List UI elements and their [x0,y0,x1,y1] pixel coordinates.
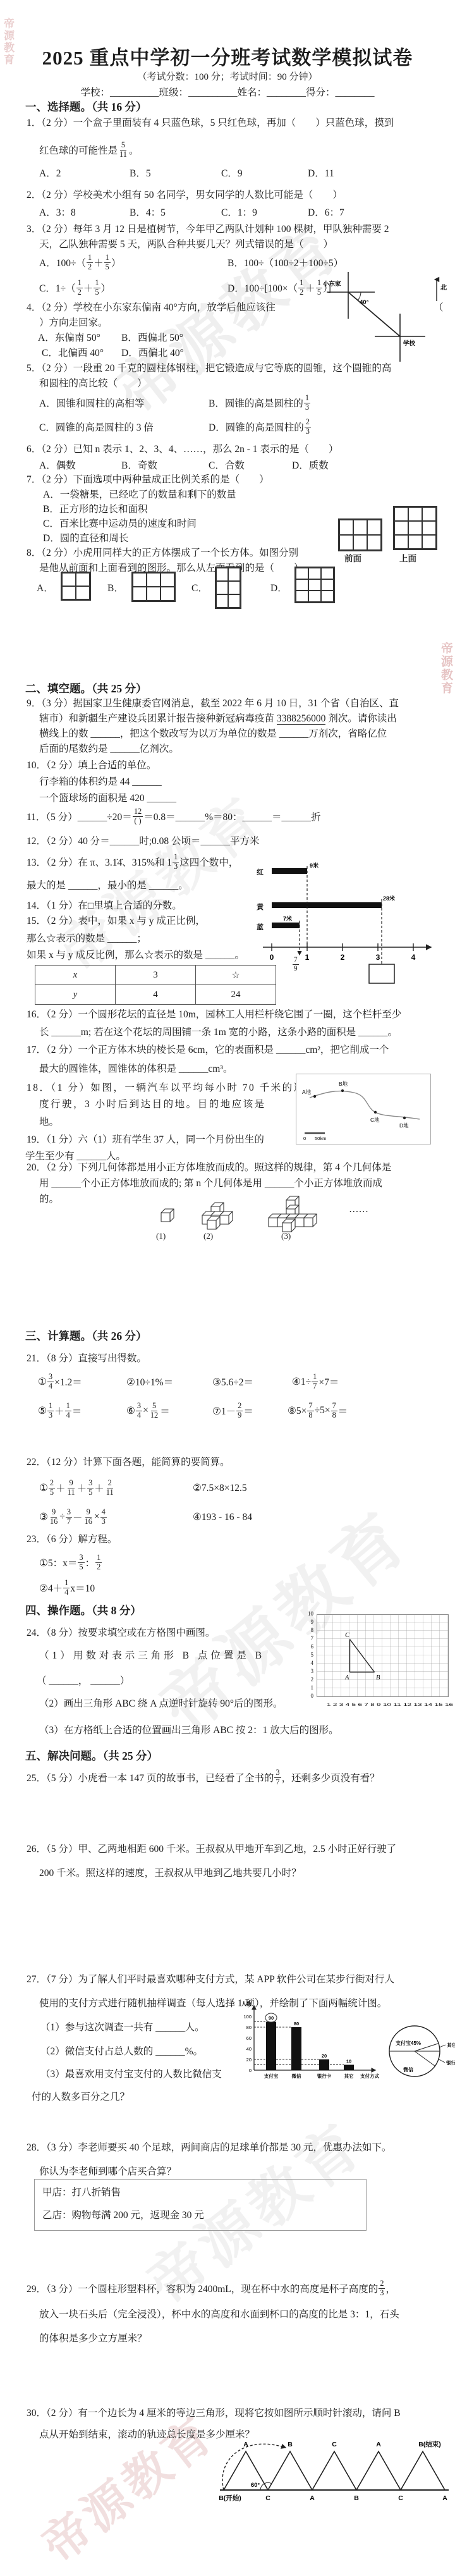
q22-item-2: ②7.5×8×12.5 [193,1476,247,1500]
svg-text:20: 20 [246,2057,252,2063]
q24-stem: 24．（8 分）按要求填空或在方格图中画图。 [27,1626,215,1640]
svg-text:80: 80 [246,2025,252,2030]
q1-stem-2: 红色球的可能性是511。 [39,138,138,162]
q9-stem-2-post: 剂次。请你读出 [325,713,396,724]
q8-top-view-grid [393,506,437,550]
q14-tick-1: 1 [305,953,310,962]
q27-bar-categories: 支付宝 微信 银行卡 其它 [264,2073,354,2079]
q21-item-6: ⑥34×512＝ [126,1399,170,1423]
q14-blue-bar [272,923,300,928]
q3-option-a: A．100÷（12＋15） [39,250,121,274]
q14-red-label: 红 [257,868,264,876]
q27-sub-2: （2）微信支付占总人数的 ______%。 [40,2045,203,2058]
q6-option-b: B．奇数 [121,459,157,472]
q22-item-3: ③916÷37－916×43 [39,1505,107,1529]
q8-option-a-letter: A． [37,582,54,595]
q4-stem-2: ）方向走回家。 [39,316,108,329]
q24-point-a: A [344,1674,349,1681]
q25-stem: 25．（5 分）小虎看一本 147 页的故事书，已经看了全书的37，还剩多少页没… [27,1765,380,1789]
svg-text:A: A [376,2441,381,2448]
q8-option-b-letter: B． [107,582,124,595]
table-row: y 4 24 [35,985,276,1005]
q15-cell-y: y [35,985,116,1005]
q1-stem-1: 1．（2 分）一个盒子里面装有 4 只蓝色球，5 只红色球，再加（ ）只蓝色球，… [27,116,394,130]
table-row: x 3 ☆ [35,966,276,985]
q14-yellow-len: 28米 [383,895,395,902]
q4-option-b: B．西偏北 50° [121,331,183,345]
q27-pie-chart: 支付宝45% 微信 其它 银行卡 [383,2018,455,2085]
q29-stem-1: 29．（3 分）一个圆柱形塑料杯，容积为 2400mL，现在杯中水的高度是杯子高… [27,2276,396,2300]
q24-sub-1-blanks: （ ______， ______） [37,1674,130,1688]
q30-stem-1: 30．（2 分）有一个边长为 4 厘米的等边三角形，现将它按如图所示顺时针滚动，… [27,2407,401,2420]
q28-offer-box: 甲店：打八折销售 乙店：购物每满 200 元，返现金 30 元 [34,2179,367,2231]
q17-stem-2: 最大的圆锥体，圆锥体的体积是 ______cm³。 [39,1062,233,1076]
q9-stem-2: 辖市）和新疆生产建设兵团累计报告接种新冠病毒疫苗 3388256000 剂次。请… [39,712,397,725]
q6-option-a: A．偶数 [39,459,76,472]
q29-stem-2: 放入一块石头后（完全浸没），杯中水的高度和水面到杯口的高度的比是 3：1，石头 [39,2308,399,2321]
q7-option-b: B．正方形的边长和面积 [43,503,147,516]
q23-item-2: ②4＋14x＝10 [39,1576,95,1600]
q14-bars-figure: 红 9米 黄 28米 蓝 7米 0 1 2 3 4 [253,860,442,990]
q2-option-d: D．6：7 [308,206,344,219]
q14-stem: 14．（1 分）在□里填上合适的分数。 [27,899,182,912]
q6-option-c: C．合数 [209,459,245,472]
section-calc: 三、计算题。（共 26 分） [25,1328,147,1344]
q21-item-8: ⑧5×78÷5×78＝ [288,1399,348,1423]
q24-grid-yaxis: 10 9 8 7 6 5 4 3 2 1 0 [302,1610,313,1700]
svg-text:C: C [332,2441,337,2448]
q7-option-c: C．百米比赛中运动员的速度和时间 [43,517,197,531]
q5-stem-1: 5．（2 分）一段重 20 千克的圆柱体钢柱，把它锻造成与它等底的圆锥，这个圆锥… [27,362,391,375]
q10-blank-1: 行李箱的体积约是 44 ______ [39,775,162,788]
svg-text:90: 90 [269,2015,274,2021]
svg-text:40: 40 [246,2046,252,2052]
q9-stem-3: 横线上的数 ______，把这个数改写为以万为单位的数是 ______万剂次，省… [39,727,387,740]
q26-stem-2: 200 千米。照这样的速度，王叔叔从甲地到乙地共要几小时？ [39,1867,301,1880]
q27-bar-zhifubao [266,2022,276,2071]
q7-option-d: D．圆的直径和周长 [43,532,128,545]
svg-text:A: A [442,2494,447,2502]
q11-stem: 11．（5 分）______÷20＝12( )＝0.8＝______%＝80：_… [27,804,321,828]
section-solve: 五、解决问题。（共 25 分） [25,1748,158,1763]
q27-stem-1: 27．（7 分）为了解人们平时最喜欢哪种支付方式，某 APP 软件公司在某步行街… [27,1973,394,1986]
watermark: 帝源教育 [26,2398,226,2576]
q15-cell-x: x [35,966,116,985]
q27-bar-weixin [291,2027,301,2070]
q4-path-line [348,292,400,336]
q1-option-d: D．11 [308,167,334,180]
section-fill: 二、填空题。（共 25 分） [25,680,147,696]
q14-tick-0: 0 [270,953,274,962]
q14-blue-len: 7米 [283,915,292,922]
q18-stem-2: 度行驶，3 小时后到达目的地。目的地应该是 [39,1098,266,1111]
watermark: 帝源教育 [437,642,454,695]
svg-text:B(结束): B(结束) [418,2440,441,2448]
q20-stem-1: 20．（2 分）下列几何体都是用小正方体堆放而成的。照这样的规律，第 4 个几何… [27,1161,391,1174]
svg-text:A: A [243,2441,248,2448]
q8-option-b-grid [131,572,176,602]
q4-school-label: 学校 [403,340,416,347]
q8-top-label: 上面 [399,551,416,564]
q20-stem-3: 的。 [39,1193,59,1206]
svg-text:10: 10 [346,2059,351,2064]
q27-pie-weixin-label: 微信 [403,2066,413,2073]
svg-text:C: C [398,2494,403,2502]
q20-fig-label-3: (3) [281,1229,291,1242]
q20-ellipsis: …… [349,1203,368,1216]
q24-grid-xaxis: 1 2 3 4 5 6 7 8 9 10 11 12 13 14 15 16 [327,1703,453,1707]
q18-d-label: D地 [399,1122,409,1129]
q30-bottom-labels: B(开始) C A B C A [219,2494,447,2502]
svg-text:100: 100 [243,2014,252,2020]
q21-item-4: ④1÷17×7＝ [292,1370,339,1394]
q28-shop-b-offer: 乙店：购物每满 200 元，返现金 30 元 [42,2209,204,2222]
q27-bar-values: 90 80 20 10 [269,2015,351,2064]
q21-item-2: ②10÷1%＝ [126,1370,173,1394]
q27-pie-qita-label: 其它 [447,2042,455,2048]
q14-red-len: 9米 [310,862,318,869]
svg-text:银行卡: 银行卡 [317,2073,332,2079]
page-title: 2025 重点中学初一分班考试数学模拟试卷 [0,42,455,70]
q3-option-d: D．100÷[100×（12＋15）] [227,276,331,300]
q28-stem-2: 你认为李老师到哪个店买合算？ [39,2165,176,2178]
q27-sub-3-cont: 付的人数多百分之几？ [32,2090,130,2104]
q5-option-b: B．圆锥的高是圆柱的13 [209,391,311,415]
q27-bar-yinhangka [319,2059,329,2070]
q21-stem: 21．（8 分）直接写出得数。 [27,1352,147,1365]
q8-option-d-letter: D． [270,582,288,595]
q14-tick-3: 3 [376,953,380,962]
svg-text:C: C [265,2494,270,2502]
exam-meta: （考试分数：100 分；考试时间：90 分钟） [0,70,455,83]
q15-cell-y1: 4 [116,985,196,1005]
q15-cell-x2: ☆ [196,966,276,985]
q27-sub-3: （3）最喜欢用支付宝支付的人数比微信支 [40,2068,222,2081]
q9-stem-1: 9．（3 分）据国家卫生健康委官网消息，截至 2022 年 6 月 10 日，3… [27,697,399,710]
q8-option-d-grid [294,567,335,603]
q18-b-label: B地 [339,1081,348,1087]
svg-text:60: 60 [246,2035,252,2041]
q18-c-label: C地 [370,1117,380,1123]
q2-option-c: C．1：9 [221,206,257,219]
q24-sub-3: （3）在方格纸上合适的位置画出三角形 ABC 按 2：1 放大后的图形。 [39,1724,339,1737]
student-info-line: 学校：__________班级：__________姓名：________得分：… [0,85,455,99]
q14-tick-4: 4 [411,953,416,962]
svg-text:B: B [288,2441,293,2448]
q6-stem: 6．（2 分）已知 n 表示 1、2、3、4、……，那么 2n - 1 表示的是… [27,443,338,456]
q4-option-a: A．东偏南 50° [38,331,100,345]
q1-option-b: B．5 [130,167,151,180]
q8-option-c-letter: C． [191,582,208,595]
q15-stem-2: 那么☆表示的数是 ______； [27,932,147,945]
q20-shape-3 [269,1196,317,1232]
q7-stem: 7．（2 分）下面选项中两种量成正比例关系的是（ ） [27,473,269,486]
q18-map-figure: A地 B地 C地 D地 0 50km [296,1074,431,1144]
q2-stem: 2．（2 分）学校美术小组有 50 名同学，男女同学的人数比可能是（ ） [27,188,343,202]
q15-stem-3: 如果 x 与 y 成反比例，那么☆表示的数是 ______。 [27,948,245,962]
q22-item-1: ①25＋911＋35＋211 [39,1476,116,1500]
q14-yellow-bar [272,902,382,908]
svg-text:B(开始): B(开始) [219,2494,241,2502]
q16-stem-1: 16．（2 分）一个圆形花坛的直径是 10m，园林工人用栏杆绕它围了一圈，这个栏… [27,1008,401,1021]
q4-home-label: 小东家 [323,280,341,288]
q5-option-a: A．圆锥和圆柱的高相等 [39,391,144,415]
q21-item-3: ③5.6÷2＝ [212,1370,253,1394]
q8-front-view-grid [338,518,382,551]
exam-page: 帝源教育 帝源教育 帝源教育 帝源教育 帝源教育 帝源教育 帝源教育 2025 … [0,0,455,2576]
q30-angle-label: 60° [251,2482,260,2489]
q8-front-label: 前面 [344,551,361,564]
q4-north-label: 北 [440,284,447,291]
q6-option-d: D．质数 [292,459,329,472]
q14-answer-box [369,964,394,983]
q1-option-c: C．9 [221,167,243,180]
q18-a-label: A地 [302,1089,312,1095]
q24-sub-2: （2）画出三角形 ABC 绕 A 点逆时针旋转 90°后的图形。 [39,1697,283,1710]
q26-stem-1: 26．（5 分）甲、乙两地相距 600 千米。王叔叔从甲地开车到乙地，2.5 小… [27,1843,396,1856]
q23-stem: 23．（6 分）解方程。 [27,1533,117,1546]
svg-text:80: 80 [294,2021,299,2027]
q9-underlined-number: 3388256000 [277,713,326,725]
q5-option-d: D．圆锥的高是圆柱的23 [209,415,312,439]
q14-red-bar [272,868,307,874]
q30-top-labels: A B C A B(结束) [243,2440,441,2448]
q4-option-c: C．北偏西 40° [42,347,104,360]
q8-option-a-grid [61,572,91,601]
q20-fig-label-1: (1) [156,1229,166,1242]
svg-text:其它: 其它 [344,2073,354,2079]
q8-option-c-grid [215,567,241,609]
q24-point-c: C [345,1632,350,1639]
q15-cell-x1: 3 [116,966,196,985]
q8-stem-1: 8．（2 分）小虎用同样大的正方体摆成了一个长方体。如图分别 [27,546,298,560]
q27-bar-qita [344,2065,354,2071]
q3-option-c: C．1÷（12＋15） [39,276,111,300]
q14-yellow-label: 黄 [257,902,264,911]
q4-direction-figure: 小东家 40° 学校 北 [319,268,449,376]
svg-text:20: 20 [322,2053,327,2059]
q12-stem: 12．（2 分）40 分＝______时;0.08 公顷＝______平方米 [27,835,260,848]
q18-scale-50km: 50km [315,1136,326,1141]
q30-triangles-figure: 60° A B C A B(结束) B(开始) C A B C A [216,2438,451,2512]
q27-bar-chart: 人数 100 80 60 40 20 0 90 80 20 10 支付宝 微信 … [235,1999,380,2089]
q27-bar-ylabel: 人数 [241,2001,252,2007]
q15-stem-1: 15．（2 分）表中，如果 x 与 y 成正比例， [27,914,205,928]
q23-item-1: ①5：x＝35：12 [39,1550,102,1574]
q7-option-a: A．一袋糖果，已经吃了的数量和剩下的数量 [43,488,236,501]
q21-item-7: ⑦1－29＝ [212,1399,253,1423]
q13-stem-2: 最大的是 ______，最小的是 ______。 [27,879,188,892]
q16-stem-2: 长 ______m; 若在这个花坛的周围铺一条 1m 宽的小路，这条小路的面积是… [39,1026,397,1039]
q27-bar-xlabel: 支付方式 [360,2073,379,2079]
q10-blank-2: 一个篮球场的面积是 420 ______ [39,792,176,805]
q5-stem-2: 和圆柱的高比较（ ） [39,377,147,390]
q17-stem-1: 17．（2 分）一个正方体木块的棱长是 6cm，它的表面积是 ______cm²… [27,1043,389,1057]
q20-cubes-figure [142,1195,377,1234]
q21-item-1: ①34×1.2＝ [38,1370,82,1394]
q22-stem: 22．（12 分）计算下面各题，能简算的要简算。 [27,1456,230,1469]
q4-stem-1: 4．（2 分）学校在小东家东偏南 40°方向，放学后他应该往 [27,301,276,314]
section-choice: 一、选择题。（共 16 分） [25,99,147,114]
q20-shape-2 [202,1203,233,1229]
q27-pie-yinhangka-label: 银行卡 [446,2059,455,2066]
q2-option-b: B．4：5 [130,206,166,219]
q14-blue-label: 蓝 [257,923,264,931]
q4-angle-label: 40° [360,299,369,306]
q15-xy-table: x 3 ☆ y 4 24 [35,965,276,1005]
q18-stem-3: 地。 [39,1115,59,1129]
q29-stem-3: 的体积是多少立方厘米？ [39,2332,147,2345]
svg-text:B: B [354,2494,359,2502]
svg-text:支付宝: 支付宝 [264,2073,279,2079]
q13-stem-1: 13．（2 分）在 π、3.1̇4̇、315%和 113这四个数中， [27,850,238,874]
q3-stem-2: 天，乙队独种需要 5 天，两队合种共要几天？列式错误的是（ ） [39,238,333,251]
q28-shop-a-offer: 甲店：打八折销售 [42,2186,121,2199]
q27-pie-zhifubao-label: 支付宝45% [396,2040,421,2046]
q18-stem-1: 18．（1 分）如图，一辆汽车以平均每小时 70 千米的速 [27,1081,305,1095]
q14-tick-2: 2 [341,953,345,962]
q24-sub-1: （1）用数对表示三角形 B 点位置是 B [39,1649,265,1662]
q28-stem-1: 28．（3 分）李老师要买 40 个足球，两间商店的足球单价都是 30 元，优惠… [27,2141,391,2154]
section-operate: 四、操作题。（共 8 分） [25,1602,142,1618]
q2-option-a: A．3：8 [39,206,76,219]
q10-stem: 10．（2 分）填上合适的单位。 [27,759,156,772]
q21-item-5: ⑤13＋14＝ [38,1399,82,1423]
svg-text:A: A [310,2494,315,2502]
q9-stem-2-pre: 辖市）和新疆生产建设兵团累计报告接种新冠病毒疫苗 [39,713,277,724]
q20-shape-1 [161,1209,174,1222]
q24-grid-figure: A B C 1 2 3 4 5 6 7 8 9 10 11 12 13 14 1… [316,1614,451,1710]
q22-item-4: ④193 - 16 - 84 [193,1505,252,1529]
q18-scale-0: 0 [303,1136,306,1141]
q3-stem-1: 3．（2 分）每年 3 月 12 日是植树节，今年甲乙两队计划种 100 棵树，… [27,223,389,236]
q15-cell-y2: 24 [196,985,276,1005]
q20-stem-2: 用 ______个小正方体堆放而成的; 第 n 个几何体是用 ______个小正… [39,1177,382,1190]
q1-option-a: A．2 [39,167,61,180]
q19-stem-1: 19．（1 分）六（1）班有学生 37 人，同一个月份出生的 [27,1133,264,1146]
q24-point-b: B [376,1674,380,1681]
q4-option-d: D．西偏北 40° [121,347,184,360]
q5-option-c: C．圆锥的高是圆柱的 3 倍 [39,415,154,439]
svg-text:微信: 微信 [292,2073,301,2079]
q27-sub-1: （1）参与这次调查一共有 ______人。 [40,2021,205,2034]
svg-text:0: 0 [249,2068,252,2073]
q9-stem-4: 后面的尾数约是 ______亿剂次。 [39,742,179,756]
q20-fig-label-2: (2) [203,1229,213,1242]
q14-fraction-label: 79 [292,954,300,975]
q27-bar-yticks: 100 80 60 40 20 0 [243,2014,252,2073]
